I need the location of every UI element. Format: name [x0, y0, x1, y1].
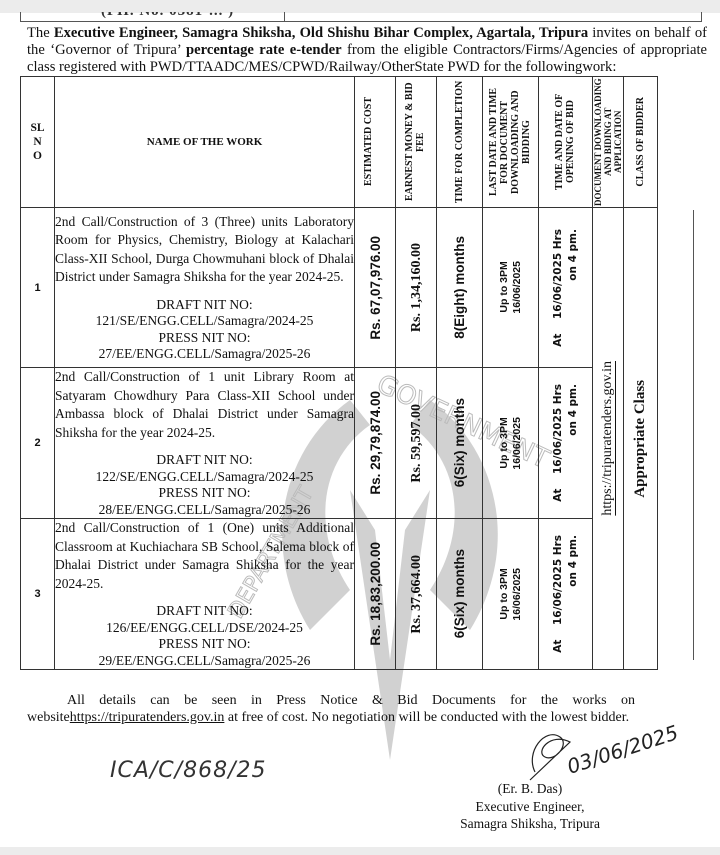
issuing-authority: Executive Engineer, Samagra Shiksha, Old…	[54, 25, 588, 41]
table-row: 1 2nd Call/Construction of 3 (Three) uni…	[21, 208, 658, 368]
download-site-cell: https://tripuratenders.gov.in	[593, 208, 624, 670]
row-time-completion: 6(Six) months	[437, 519, 483, 670]
row-earnest-money: Rs. 1,34,160.00	[396, 208, 437, 368]
tender-table: SLNO NAME OF THE WORK ESTIMATED COST EAR…	[20, 76, 658, 670]
table-row: 3 2nd Call/Construction of 1 (One) units…	[21, 519, 658, 670]
signatory-title: Executive Engineer,	[440, 798, 620, 816]
signatory-org: Samagra Shiksha, Tripura	[440, 815, 620, 833]
header-name-of-work: NAME OF THE WORK	[55, 77, 355, 208]
row-slno: 3	[21, 519, 55, 670]
header-earnest-money: EARNEST MONEY & BID FEE	[396, 77, 437, 208]
box-divider	[284, 12, 285, 21]
row-slno: 2	[21, 368, 55, 519]
row-earnest-money: Rs. 37,664.00	[396, 519, 437, 670]
bottom-margin-bar	[0, 847, 720, 855]
row-opening: At 16/06/2025 Hrson 4 pm.	[539, 519, 593, 670]
nit-numbers: DRAFT NIT NO: 121/SE/ENGG.CELL/Samagra/2…	[55, 297, 354, 363]
intro-text: The	[27, 25, 54, 41]
nit-numbers: DRAFT NIT NO: 126/EE/ENGG.CELL/DSE/2024-…	[55, 603, 354, 669]
footer-website-link[interactable]: https://tripuratenders.gov.in	[70, 710, 225, 725]
row-estimated-cost: Rs. 18,83,200.00	[355, 519, 396, 670]
row-time-completion: 8(Eight) months	[437, 208, 483, 368]
download-site-link[interactable]: https://tripuratenders.gov.in	[600, 361, 616, 516]
header-estimated-cost: ESTIMATED COST	[355, 77, 396, 208]
header-time-completion: TIME FOR COMPLETION	[437, 77, 483, 208]
signature-mark: 03/06/2025	[515, 722, 715, 782]
row-last-date: Up to 3PM16/06/2025	[483, 519, 539, 670]
row-time-completion: 6(Six) months	[437, 368, 483, 519]
nit-numbers: DRAFT NIT NO: 122/SE/ENGG.CELL/Samagra/2…	[55, 452, 354, 518]
header-downloading: DOCUMENT DOWNLOADING AND BIDING AT APPLI…	[593, 77, 624, 208]
row-opening: At 16/06/2025 Hrson 4 pm.	[539, 208, 593, 368]
cut-off-text: (PH. No. 0381-... )	[101, 12, 234, 20]
header-slno: SLNO	[21, 77, 55, 208]
row-slno: 1	[21, 208, 55, 368]
row-opening: At 16/06/2025 Hrson 4 pm.	[539, 368, 593, 519]
handwritten-reference: ICA/C/868/25	[110, 758, 266, 783]
header-last-date: LAST DATE AND TIME FOR DOCUMENT DOWNLOAD…	[483, 77, 539, 208]
row-estimated-cost: Rs. 67,07,976.00	[355, 208, 396, 368]
row-estimated-cost: Rs. 29,79,874.00	[355, 368, 396, 519]
row-work-description: 2nd Call/Construction of 3 (Three) units…	[55, 208, 355, 368]
tender-type: percentage rate e-tender	[186, 42, 342, 58]
signatory-block: (Er. B. Das) Executive Engineer, Samagra…	[440, 780, 620, 833]
table-row: 2 2nd Call/Construction of 1 unit Librar…	[21, 368, 658, 519]
row-work-description: 2nd Call/Construction of 1 unit Library …	[55, 368, 355, 519]
previous-section-box: (PH. No. 0381-... )	[20, 12, 702, 22]
page-margin-line	[693, 210, 694, 660]
footer-paragraph: All details can be seen in Press Notice …	[27, 692, 635, 726]
row-last-date: Up to 3PM16/06/2025	[483, 368, 539, 519]
header-opening: TIME AND DATE OF OPENING OF BID	[539, 77, 593, 208]
svg-text:03/06/2025: 03/06/2025	[564, 722, 681, 779]
row-last-date: Up to 3PM16/06/2025	[483, 208, 539, 368]
row-earnest-money: Rs. 59,597.00	[396, 368, 437, 519]
bidder-class-cell: Appropriate Class	[624, 208, 658, 670]
header-bidder-class: CLASS OF BIDDER	[624, 77, 658, 208]
table-header-row: SLNO NAME OF THE WORK ESTIMATED COST EAR…	[21, 77, 658, 208]
signatory-name: (Er. B. Das)	[440, 780, 620, 798]
intro-paragraph: The Executive Engineer, Samagra Shiksha,…	[27, 25, 707, 76]
row-work-description: 2nd Call/Construction of 1 (One) units A…	[55, 519, 355, 670]
